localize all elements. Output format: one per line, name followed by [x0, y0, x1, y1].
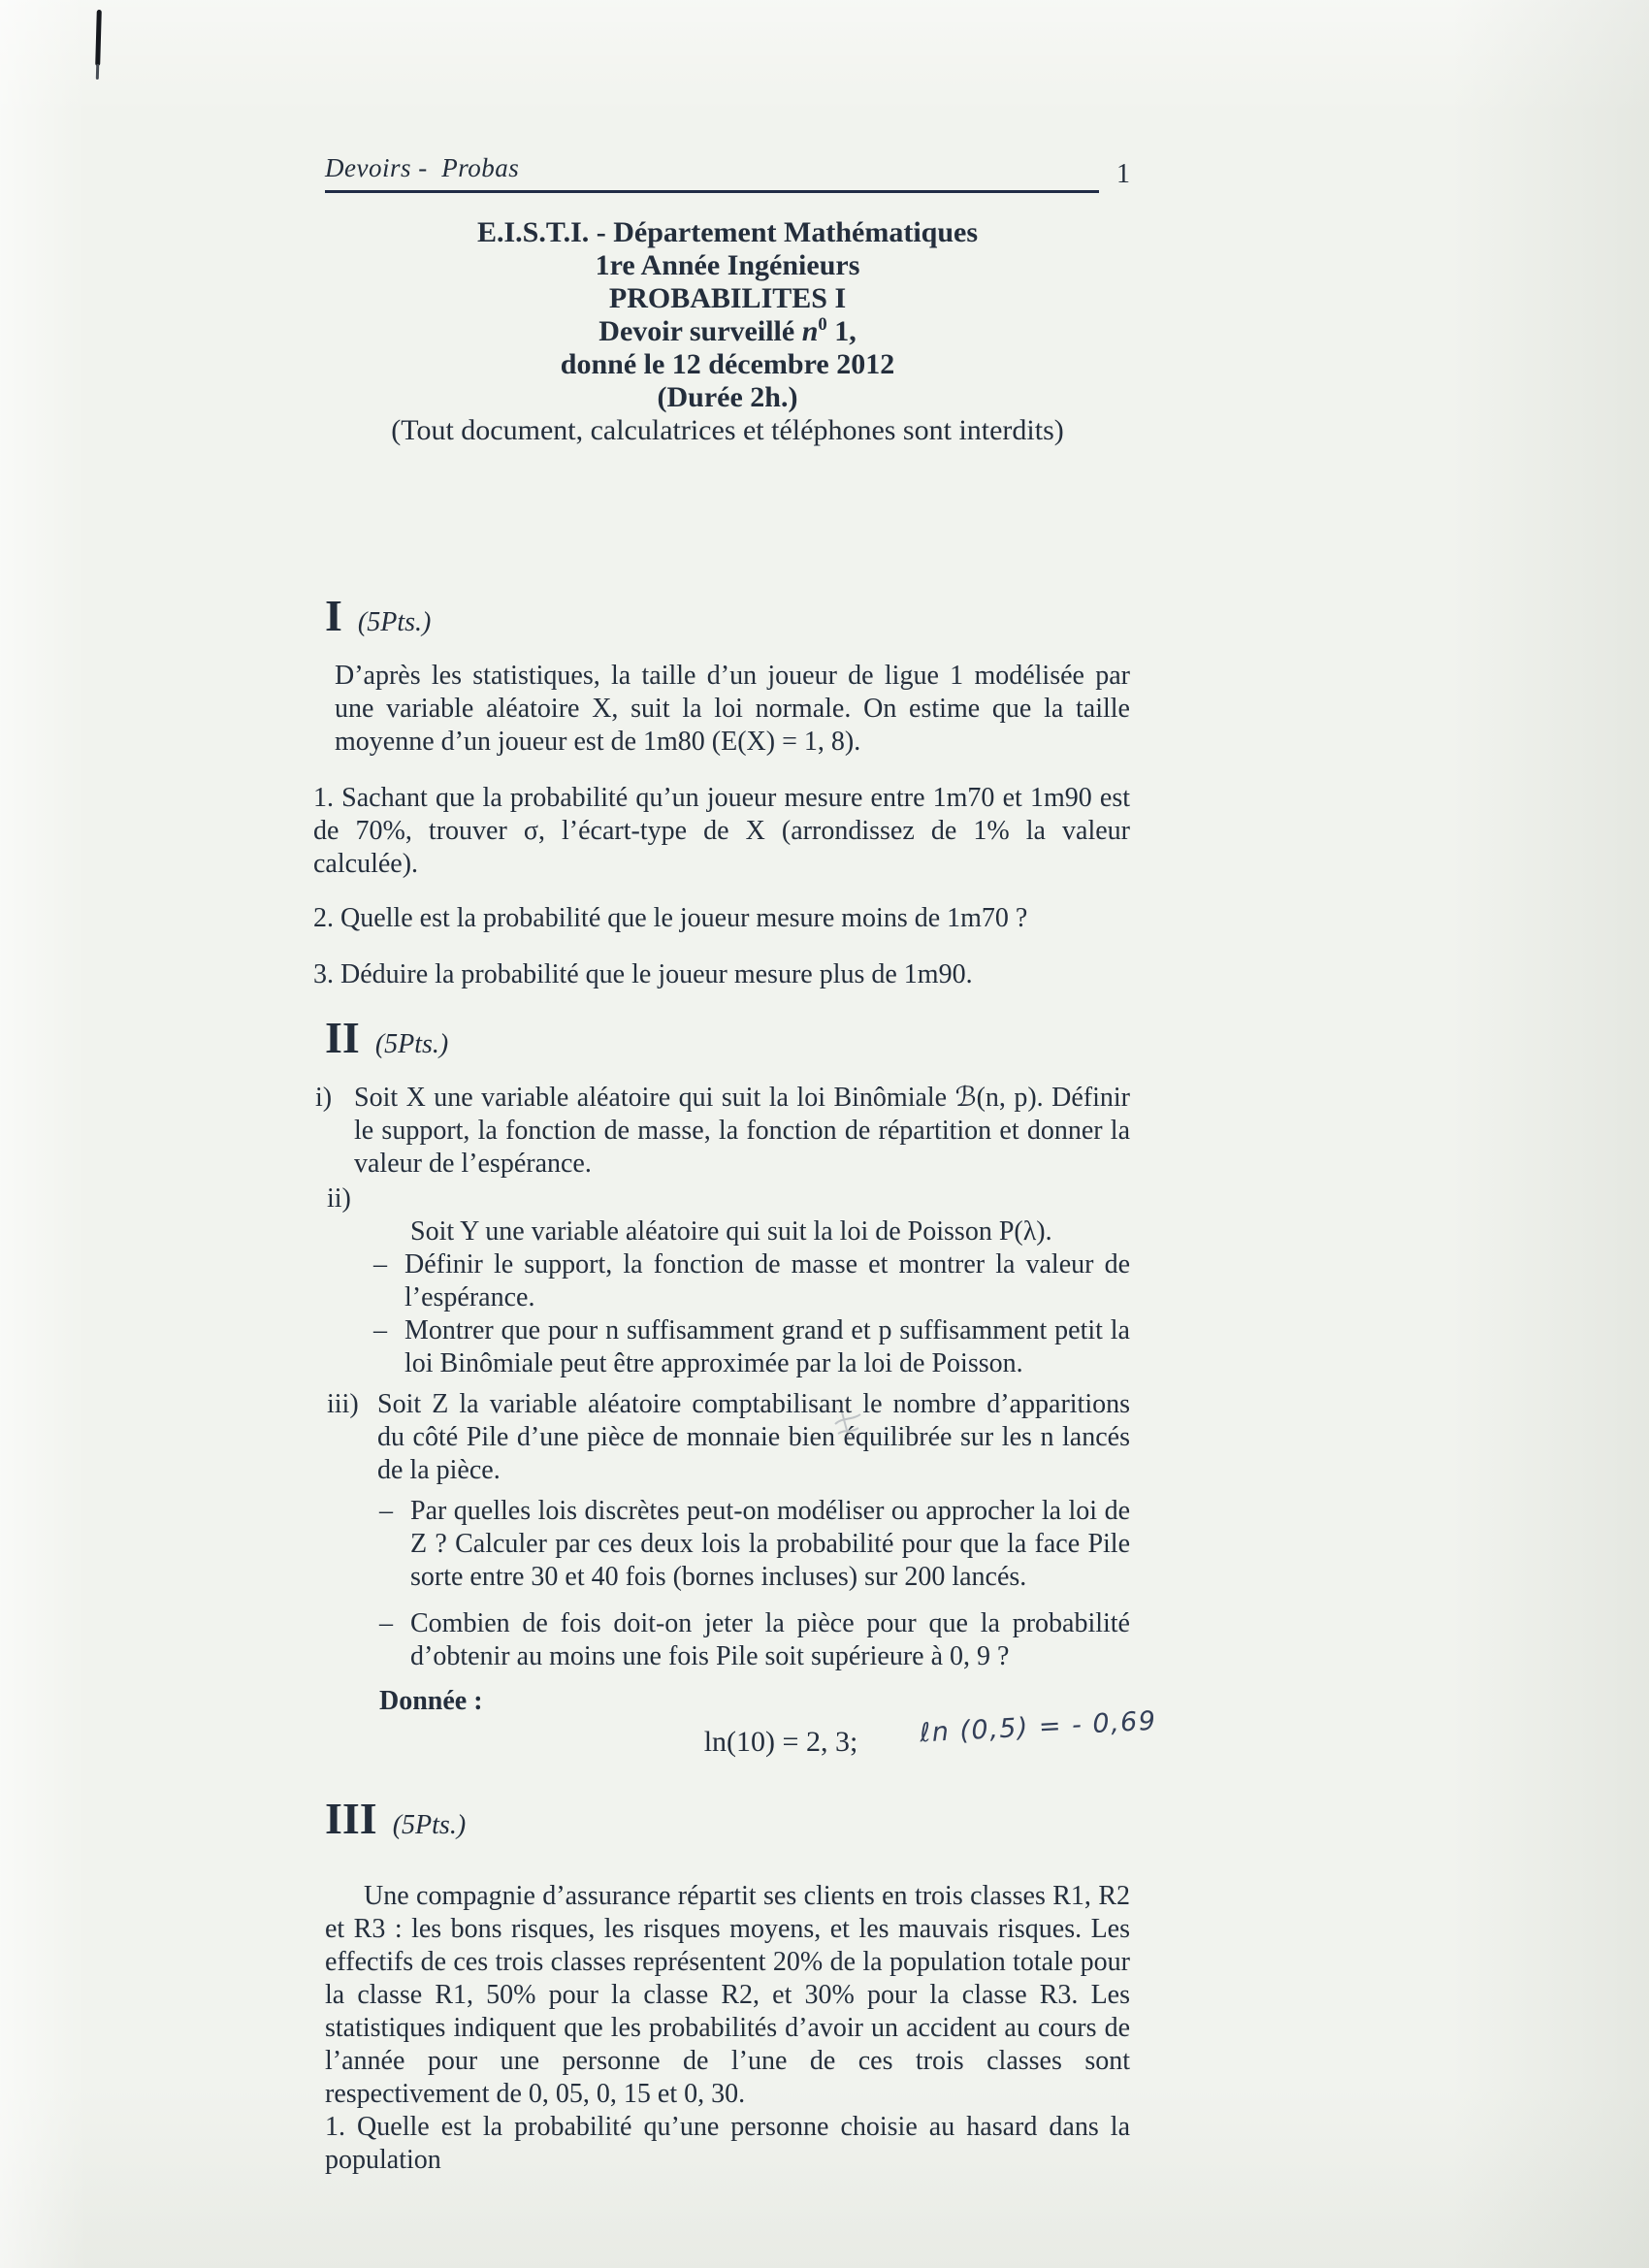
item-ii-dash-2-text: Montrer que pour n suffisamment grand et… — [404, 1314, 1130, 1380]
section-2-item-i: i) Soit X une variable aléatoire qui sui… — [325, 1082, 1130, 1181]
item-iii-label: iii) — [327, 1388, 377, 1487]
section-3-heading: III(5Pts.) — [325, 1796, 1130, 1853]
item-ii-dash-1-text: Définir le support, la fonction de masse… — [404, 1248, 1130, 1314]
section-1-points: (5Pts.) — [358, 607, 431, 637]
title-exam-sup: 0 — [818, 314, 826, 335]
section-2-numeral: II — [325, 1013, 360, 1062]
item-ii-intro: Soit Y une variable aléatoire qui suit l… — [410, 1215, 1130, 1248]
title-block: E.I.S.T.I. - Département Mathématiques 1… — [325, 216, 1130, 447]
dash-glyph: – — [379, 1495, 410, 1594]
section-3-paragraph: Une compagnie d’assurance répartit ses c… — [325, 1880, 1130, 2111]
dash-glyph: – — [379, 1607, 410, 1673]
item-iii-dash-2-text: Combien de fois doit-on jeter la pièce p… — [410, 1607, 1130, 1673]
title-year: 1re Année Ingénieurs — [325, 249, 1130, 282]
dash-glyph: – — [373, 1314, 404, 1380]
section-2-item-iii: iii) Soit Z la variable aléatoire compta… — [325, 1388, 1130, 1487]
section-1-heading: I(5Pts.) — [325, 593, 1130, 650]
title-exam-var: n — [802, 315, 819, 347]
section-1-question-2: 2. Quelle est la probabilité que le joue… — [313, 902, 1130, 935]
exam-page: Devoirs - Probas 1 E.I.S.T.I. - Départem… — [325, 153, 1130, 2177]
equation-row: ln(10) = 2, 3; ℓn (0,5) = - 0,69 — [325, 1726, 1130, 1768]
section-1-question-3: 3. Déduire la probabilité que le joueur … — [313, 958, 1130, 991]
item-i-text: Soit X une variable aléatoire qui suit l… — [354, 1082, 1130, 1181]
page-number: 1 — [1116, 159, 1130, 193]
item-i-label: i) — [315, 1082, 354, 1181]
header-course-label: Devoirs - Probas — [325, 153, 519, 182]
item-iii-intro: Soit Z la variable aléatoire comptabilis… — [377, 1388, 1130, 1487]
section-1-question-1: 1. Sachant que la probabilité qu’un joue… — [313, 782, 1130, 881]
section-2-points: (5Pts.) — [375, 1029, 448, 1059]
title-exam-pre: Devoir surveillé — [598, 315, 801, 347]
title-exam-post: 1, — [827, 315, 857, 347]
equation: ln(10) = 2, 3; — [704, 1726, 858, 1758]
item-iii-dash-1-text: Par quelles lois discrètes peut-on modél… — [410, 1495, 1130, 1594]
item-ii-dash-2: – Montrer que pour n suffisamment grand … — [373, 1314, 1130, 1380]
section-3-question-1: 1. Quelle est la probabilité qu’une pers… — [325, 2111, 1130, 2177]
title-course: PROBABILITES I — [325, 282, 1130, 315]
item-iii-dash-2: – Combien de fois doit-on jeter la pièce… — [379, 1607, 1130, 1673]
section-1-numeral: I — [325, 591, 342, 640]
dash-glyph: – — [373, 1248, 404, 1314]
item-iii-dash-1: – Par quelles lois discrètes peut-on mod… — [379, 1495, 1130, 1594]
item-ii-dash-1: – Définir le support, la fonction de mas… — [373, 1248, 1130, 1314]
section-2-heading: II(5Pts.) — [325, 1015, 1130, 1072]
ink-stroke-mark — [95, 10, 102, 66]
section-3-points: (5Pts.) — [393, 1810, 466, 1840]
title-duration: (Durée 2h.) — [325, 381, 1130, 414]
section-1-intro: D’après les statistiques, la taille d’un… — [335, 660, 1130, 759]
header-rule: Devoirs - Probas — [325, 153, 1099, 193]
section-3-numeral: III — [325, 1794, 377, 1843]
item-ii-label: ii) — [327, 1183, 1130, 1215]
title-exam-number: Devoir surveillé n0 1, — [325, 315, 1130, 348]
title-institution: E.I.S.T.I. - Département Mathématiques — [325, 216, 1130, 249]
page-header: Devoirs - Probas 1 — [325, 153, 1130, 193]
title-rules: (Tout document, calculatrices et télépho… — [325, 414, 1130, 447]
title-date: donné le 12 décembre 2012 — [325, 348, 1130, 381]
